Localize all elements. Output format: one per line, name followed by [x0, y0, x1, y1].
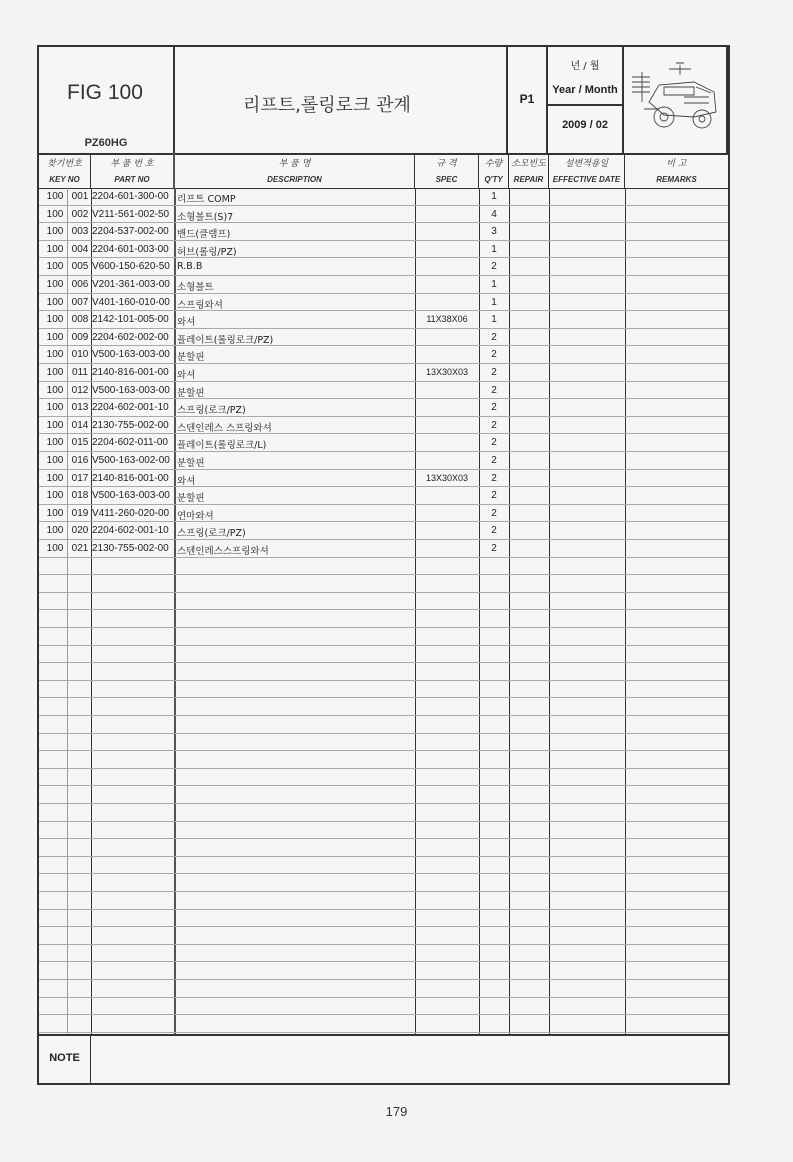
table-row [39, 980, 728, 998]
date-cell: 년 / 월 Year / Month 2009 / 02 [548, 47, 624, 153]
table-row: 1000202204-602-001-10스프링(로크/PZ)2 [39, 522, 728, 540]
table-row [39, 628, 728, 646]
col-qty: 수량Q'TY [479, 153, 509, 188]
key-number: 016 [69, 455, 91, 466]
table-row [39, 663, 728, 681]
part-quantity: 2 [479, 367, 509, 378]
part-description: 분할핀 [177, 455, 205, 469]
fig-number: 100 [43, 543, 67, 554]
part-number: 2130-755-002-00 [92, 543, 169, 554]
part-description: 스프링와셔 [177, 297, 223, 311]
part-description: 스텐인레스스프링와셔 [177, 543, 269, 557]
fig-number: 100 [43, 455, 67, 466]
part-quantity: 3 [479, 226, 509, 237]
part-description: 플레이트(롤링로크/L) [177, 437, 266, 451]
col-description: 부 품 명DESCRIPTION [175, 153, 415, 188]
table-row [39, 1015, 728, 1033]
part-quantity: 2 [479, 332, 509, 343]
fig-number: 100 [43, 525, 67, 536]
fig-number: 100 [43, 490, 67, 501]
col-effective-date: 설변적용일EFFECTIVE DATE [549, 153, 625, 188]
table-row: 100018V500-163-003-00분할핀2 [39, 487, 728, 505]
part-number: V411-260-020-00 [92, 508, 169, 519]
page-title: 리프트,롤링로크 관계 [243, 91, 411, 117]
table-row [39, 681, 728, 699]
part-number: 2140-816-001-00 [92, 473, 169, 484]
part-quantity: 2 [479, 402, 509, 413]
table-row [39, 822, 728, 840]
fig-number: 100 [43, 385, 67, 396]
fig-number: 100 [43, 297, 67, 308]
date-label-en: Year / Month [548, 84, 622, 96]
part-quantity: 1 [479, 244, 509, 255]
table-row: 1000042204-601-003-00허브(롤링/PZ)1 [39, 241, 728, 259]
table-row [39, 998, 728, 1016]
part-description: 스프링(로크/PZ) [177, 402, 246, 416]
part-description: 스텐인레스 스프링와셔 [177, 420, 272, 434]
title-cell: 리프트,롤링로크 관계 [175, 47, 508, 153]
part-description: 와셔 [177, 314, 195, 328]
part-quantity: 1 [479, 297, 509, 308]
table-row: 1000082142-101-005-00와셔11X38X061 [39, 311, 728, 329]
table-row [39, 646, 728, 664]
table-row [39, 610, 728, 628]
part-description: 분할핀 [177, 349, 205, 363]
table-row: 1000172140-816-001-00와셔13X30X032 [39, 470, 728, 488]
part-number: 2204-537-002-00 [92, 226, 169, 237]
fig-number: 100 [43, 332, 67, 343]
page-cell: P1 [508, 47, 548, 153]
key-number: 002 [69, 209, 91, 220]
part-quantity: 2 [479, 261, 509, 272]
fig-number: 100 [43, 473, 67, 484]
fig-number: 100 [43, 314, 67, 325]
part-quantity: 2 [479, 385, 509, 396]
key-number: 010 [69, 349, 91, 360]
key-number: 003 [69, 226, 91, 237]
key-number: 001 [69, 191, 91, 202]
table-row [39, 786, 728, 804]
table-row [39, 751, 728, 769]
table-row: 1000152204-602-011-00플레이트(롤링로크/L)2 [39, 434, 728, 452]
table-row [39, 874, 728, 892]
machine-illustration [624, 47, 728, 153]
part-spec: 13X30X03 [415, 367, 479, 377]
table-row: 1000012204-601-300-00리프트 COMP1 [39, 188, 728, 206]
figure-cell: FIG 100 PZ60HG [39, 47, 175, 153]
part-number: V401-160-010-00 [92, 297, 170, 308]
fig-number: 100 [43, 209, 67, 220]
part-number: V500-163-003-00 [92, 349, 170, 360]
divider [548, 104, 622, 106]
fig-number: 100 [43, 244, 67, 255]
fig-number: 100 [43, 261, 67, 272]
table-row: 1000112140-816-001-00와셔13X30X032 [39, 364, 728, 382]
note-label: NOTE [39, 1034, 91, 1083]
key-number: 020 [69, 525, 91, 536]
table-row: 100010V500-163-003-00분할핀2 [39, 346, 728, 364]
col-key-no: 찾기번호KEY NO [39, 153, 91, 188]
table-row [39, 910, 728, 928]
table-row [39, 892, 728, 910]
part-number: 2204-602-001-10 [92, 402, 169, 413]
key-number: 008 [69, 314, 91, 325]
part-number: 2204-602-002-00 [92, 332, 169, 343]
part-description: 와셔 [177, 367, 195, 381]
part-description: 스프링(로크/PZ) [177, 525, 246, 539]
table-row: 100006V201-361-003-00소형볼트1 [39, 276, 728, 294]
table-row: 100012V500-163-003-00분할핀2 [39, 382, 728, 400]
fig-number: 100 [43, 226, 67, 237]
part-quantity: 2 [479, 473, 509, 484]
part-number: V211-561-002-50 [92, 209, 169, 220]
part-quantity: 1 [479, 191, 509, 202]
part-quantity: 2 [479, 543, 509, 554]
part-quantity: 2 [479, 349, 509, 360]
key-number: 014 [69, 420, 91, 431]
table-row [39, 945, 728, 963]
part-quantity: 1 [479, 314, 509, 325]
fig-number: 100 [43, 420, 67, 431]
table-row: 1000092204-602-002-00플레이트(롤링로크/PZ)2 [39, 329, 728, 347]
date-label-ko: 년 / 월 [548, 57, 622, 72]
part-quantity: 2 [479, 437, 509, 448]
part-quantity: 2 [479, 525, 509, 536]
table-row: 1000212130-755-002-00스텐인레스스프링와셔2 [39, 540, 728, 558]
part-description: 리프트 COMP [177, 191, 236, 205]
page-number: 179 [0, 1104, 793, 1119]
part-number: V600-150-620-50 [92, 261, 170, 272]
page-code: P1 [508, 92, 546, 106]
figure-number: FIG 100 [67, 81, 143, 105]
table-row: 1000142130-755-002-00스텐인레스 스프링와셔2 [39, 417, 728, 435]
table-row [39, 927, 728, 945]
part-quantity: 1 [479, 279, 509, 290]
table-row: 100002V211-561-002-50소형볼트(S)74 [39, 206, 728, 224]
part-number: 2142-101-005-00 [92, 314, 169, 325]
part-number: V500-163-003-00 [92, 490, 170, 501]
rice-transplanter-icon [624, 47, 724, 147]
table-row [39, 734, 728, 752]
part-description: 밴드(클램프) [177, 226, 230, 240]
key-number: 004 [69, 244, 91, 255]
sheet-header: FIG 100 PZ60HG 리프트,롤링로크 관계 P1 년 / 월 Year… [39, 47, 728, 155]
table-row [39, 839, 728, 857]
fig-number: 100 [43, 349, 67, 360]
table-row: 100005V600-150-620-50R.B.B2 [39, 258, 728, 276]
fig-number: 100 [43, 279, 67, 290]
table-row [39, 962, 728, 980]
key-number: 007 [69, 297, 91, 308]
parts-list-sheet: FIG 100 PZ60HG 리프트,롤링로크 관계 P1 년 / 월 Year… [37, 45, 730, 1085]
part-number: 2204-602-001-10 [92, 525, 169, 536]
date-value: 2009 / 02 [548, 119, 622, 131]
key-number: 011 [69, 367, 91, 378]
key-number: 012 [69, 385, 91, 396]
key-number: 009 [69, 332, 91, 343]
part-quantity: 2 [479, 508, 509, 519]
part-quantity: 2 [479, 455, 509, 466]
part-description: 분할핀 [177, 385, 205, 399]
part-number: 2140-816-001-00 [92, 367, 169, 378]
table-row [39, 558, 728, 576]
col-repair: 소모빈도REPAIR [509, 153, 549, 188]
table-row [39, 769, 728, 787]
fig-number: 100 [43, 191, 67, 202]
part-number: V500-163-003-00 [92, 385, 170, 396]
part-description: 연마와셔 [177, 508, 214, 522]
part-quantity: 2 [479, 490, 509, 501]
part-number: V201-361-003-00 [92, 279, 170, 290]
part-number: 2204-602-011-00 [92, 437, 168, 448]
part-quantity: 4 [479, 209, 509, 220]
table-row: 1000032204-537-002-00밴드(클램프)3 [39, 223, 728, 241]
part-number: 2204-601-003-00 [92, 244, 169, 255]
key-number: 021 [69, 543, 91, 554]
table-row [39, 716, 728, 734]
part-number: 2204-601-300-00 [92, 191, 169, 202]
col-remarks: 비 고REMARKS [625, 153, 728, 188]
part-spec: 13X30X03 [415, 473, 479, 483]
col-part-no: 부 품 번 호PART NO [91, 153, 175, 188]
column-headers: 찾기번호KEY NO 부 품 번 호PART NO 부 품 명DESCRIPTI… [39, 153, 728, 189]
table-row [39, 857, 728, 875]
part-description: 소형볼트(S)7 [177, 209, 233, 223]
fig-number: 100 [43, 367, 67, 378]
table-row [39, 575, 728, 593]
table-row: 100016V500-163-002-00분할핀2 [39, 452, 728, 470]
part-description: 플레이트(롤링로크/PZ) [177, 332, 273, 346]
model-name: PZ60HG [39, 137, 173, 149]
table-row [39, 804, 728, 822]
table-row [39, 698, 728, 716]
part-quantity: 2 [479, 420, 509, 431]
part-description: 소형볼트 [177, 279, 214, 293]
part-description: 와셔 [177, 473, 195, 487]
table-row: 100007V401-160-010-00스프링와셔1 [39, 294, 728, 312]
key-number: 013 [69, 402, 91, 413]
fig-number: 100 [43, 402, 67, 413]
part-description: 분할핀 [177, 490, 205, 504]
part-description: R.B.B [177, 261, 202, 272]
part-description: 허브(롤링/PZ) [177, 244, 237, 258]
table-row: 100019V411-260-020-00연마와셔2 [39, 505, 728, 523]
parts-table-body: 1000012204-601-300-00리프트 COMP1100002V211… [39, 188, 728, 1036]
key-number: 005 [69, 261, 91, 272]
key-number: 015 [69, 437, 91, 448]
key-number: 006 [69, 279, 91, 290]
note-section: NOTE [39, 1034, 728, 1083]
table-row [39, 593, 728, 611]
key-number: 018 [69, 490, 91, 501]
key-number: 019 [69, 508, 91, 519]
part-spec: 11X38X06 [415, 314, 479, 324]
col-spec: 규 격SPEC [415, 153, 479, 188]
part-number: 2130-755-002-00 [92, 420, 169, 431]
table-row: 1000132204-602-001-10스프링(로크/PZ)2 [39, 399, 728, 417]
fig-number: 100 [43, 508, 67, 519]
fig-number: 100 [43, 437, 67, 448]
key-number: 017 [69, 473, 91, 484]
part-number: V500-163-002-00 [92, 455, 170, 466]
